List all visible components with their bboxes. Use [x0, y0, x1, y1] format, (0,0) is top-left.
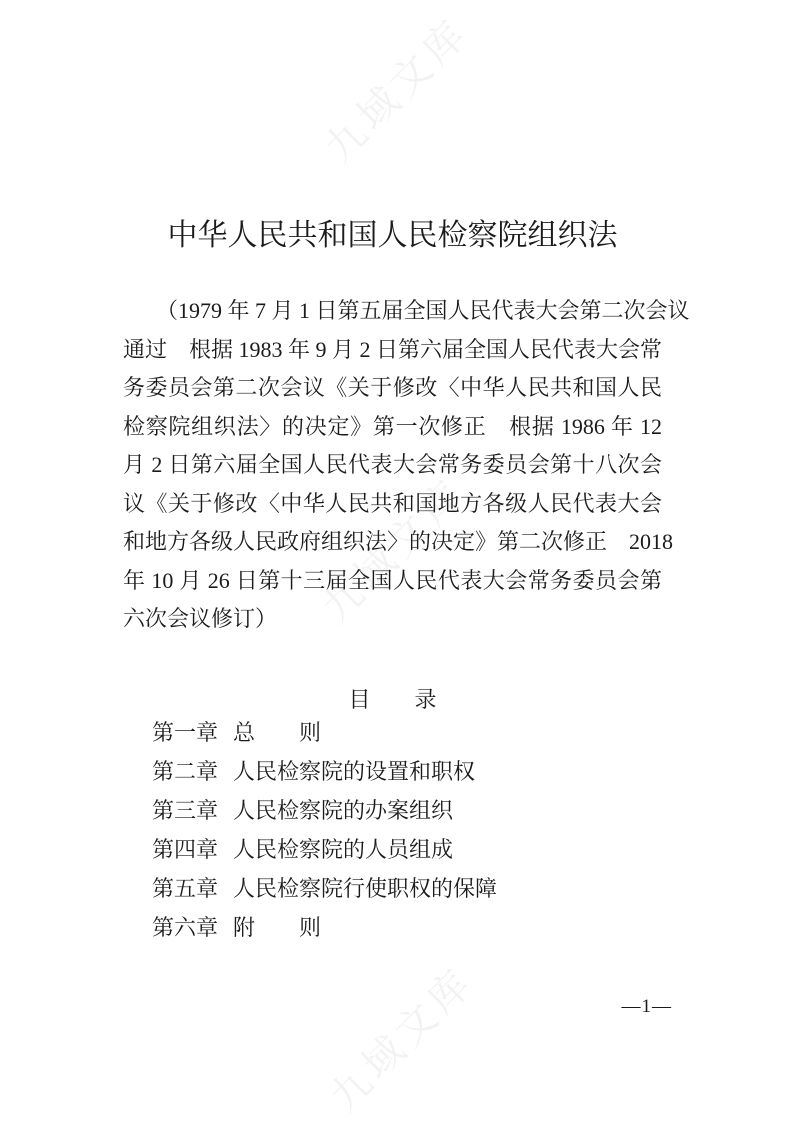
toc-chapter-label: 第五章 [152, 869, 218, 908]
preamble-line: 检察院组织法〉的决定》第一次修正 根据 1986 年 12 [123, 408, 662, 447]
preamble-line: 务委员会第二次会议《关于修改〈中华人民共和国人民 [123, 369, 662, 408]
toc-item: 第一章总 则 [152, 713, 672, 752]
preamble-line: （1979 年 7 月 1 日第五届全国人民代表大会第二次会议 [123, 292, 662, 331]
toc-item: 第五章人民检察院行使职权的保障 [152, 869, 672, 908]
page-number: —1— [622, 995, 673, 1019]
toc-chapter-title: 人民检察院行使职权的保障 [233, 876, 497, 901]
preamble-line: 通过 根据 1983 年 9 月 2 日第六届全国人民代表大会常 [123, 331, 662, 370]
watermark-text: 九域文库 [315, 952, 485, 1122]
preamble-line: 和地方各级人民政府组织法〉的决定》第二次修正 2018 [123, 523, 662, 562]
toc-chapter-title: 附 则 [233, 915, 321, 940]
toc-item: 第四章人民检察院的人员组成 [152, 830, 672, 869]
toc-heading: 目 录 [123, 686, 662, 714]
preamble-line: 六次会议修订） [123, 600, 662, 639]
toc-chapter-label: 第四章 [152, 830, 218, 869]
toc-chapter-title: 人民检察院的办案组织 [233, 798, 453, 823]
document-title: 中华人民共和国人民检察院组织法 [123, 219, 662, 253]
toc-chapter-label: 第二章 [152, 752, 218, 791]
toc-chapter-title: 人民检察院的设置和职权 [233, 759, 475, 784]
toc-item: 第六章附 则 [152, 908, 672, 947]
preamble-line: 议《关于修改〈中华人民共和国地方各级人民代表大会 [123, 485, 662, 524]
preamble-paragraph: （1979 年 7 月 1 日第五届全国人民代表大会第二次会议 通过 根据 19… [123, 292, 662, 639]
toc-chapter-title: 人民检察院的人员组成 [233, 837, 453, 862]
preamble-line: 年 10 月 26 日第十三届全国人民代表大会常务委员会第 [123, 562, 662, 601]
toc-chapter-title: 总 则 [233, 720, 321, 745]
toc-list: 第一章总 则 第二章人民检察院的设置和职权 第三章人民检察院的办案组织 第四章人… [152, 713, 672, 947]
toc-chapter-label: 第一章 [152, 713, 218, 752]
preamble-line: 月 2 日第六届全国人民代表大会常务委员会第十八次会 [123, 446, 662, 485]
toc-item: 第三章人民检察院的办案组织 [152, 791, 672, 830]
toc-item: 第二章人民检察院的设置和职权 [152, 752, 672, 791]
toc-chapter-label: 第六章 [152, 908, 218, 947]
watermark-text: 九域文库 [310, 3, 480, 173]
document-page: 九域文库 九域文库 九域文库 中华人民共和国人民检察院组织法 （1979 年 7… [0, 0, 793, 1122]
toc-chapter-label: 第三章 [152, 791, 218, 830]
